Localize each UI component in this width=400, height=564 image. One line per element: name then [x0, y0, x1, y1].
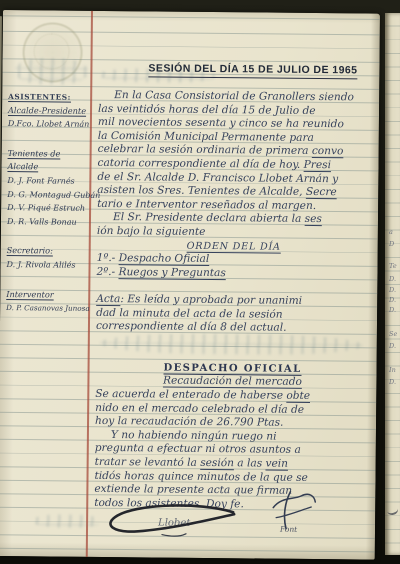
line-text: a las — [234, 457, 266, 469]
margin-entry: D. J. Rivola Alilés — [6, 258, 88, 272]
line-text: : Es leída y aprobada por unanimi — [120, 293, 302, 307]
signature-stroke — [273, 494, 315, 508]
next-page-margin-mark: D. — [389, 343, 396, 350]
ink-bleedthrough — [32, 514, 102, 528]
line-text-underlined: ORDEN DEL DÍA — [187, 240, 281, 252]
line-text-underlined: convo — [312, 145, 344, 157]
session-title: SESIÓN DEL DÍA 15 DE JULIO DE 1965 — [148, 62, 357, 79]
line-text: tratar se levantó la — [95, 456, 201, 469]
margin-entry: Alcalde-Presidente — [8, 104, 90, 118]
line-text-underlined: sesión — [200, 457, 234, 469]
minutes-body-text: En la Casa Consistorial de Granollers si… — [94, 89, 372, 513]
margin-entry: D. J. Font Farnés — [7, 174, 89, 188]
signature-font: Font — [256, 486, 329, 541]
margin-entry: D. G. Montagud Gubán — [7, 188, 89, 202]
signature-stroke — [276, 507, 311, 518]
line-text: pregunta a efectuar ni otros asuntos a — [95, 442, 301, 456]
line-text-underlined: DESPACHO OFICIAL — [164, 362, 302, 374]
margin-entry: Interventor — [6, 288, 88, 302]
line-text-underlined: Acta — [96, 293, 120, 305]
signature-stroke — [284, 492, 290, 529]
next-page-margin-mark: D. — [389, 297, 396, 304]
margin-entry: D. P. Casanovas Junosa — [6, 301, 88, 315]
line-text: la Comisión Municipal Permanente para — [98, 130, 314, 144]
next-page-margin-mark: In — [389, 367, 396, 374]
next-page-margin-mark: Se — [389, 331, 397, 338]
line-text: Y no habiendo ningún ruego ni — [111, 429, 277, 443]
line-text-underlined: Despacho Oficial — [119, 252, 210, 265]
line-text: las veintidós horas del día 15 de Julio … — [98, 103, 316, 117]
line-text: hoy la recaudación de 26.790 Ptas. — [95, 415, 283, 429]
line-text: ión bajo la siguiente — [97, 225, 206, 238]
margin-entry: Secretario: — [7, 244, 89, 258]
scanned-minutes-photo: SESIÓN DEL DÍA 15 DE JULIO DE 1965 ASIST… — [0, 0, 400, 564]
next-page-signature-mark — [386, 504, 399, 516]
line-text: tidós horas quince minutos de la que se — [94, 470, 307, 484]
signature-llobet: Llobet — [102, 498, 242, 547]
next-page-margin-mark: D. — [389, 287, 396, 294]
signature-font-name: Font — [279, 525, 298, 534]
ink-bleedthrough — [14, 58, 88, 85]
line-text: asisten los Sres. Tenientes de Alcalde, — [97, 184, 306, 198]
notebook-page: SESIÓN DEL DÍA 15 DE JULIO DE 1965 ASIST… — [0, 10, 380, 560]
signature-underline — [162, 534, 186, 537]
line-text-underlined: obte — [286, 390, 310, 402]
line-text-underlined: ses — [305, 213, 322, 225]
line-text: tario e Interventor reseñados al margen. — [97, 198, 316, 212]
line-text-underlined: vein — [265, 458, 288, 470]
margin-entry: D.Fco. Llobet Arnán — [8, 117, 90, 131]
line-text-underlined: Ruegos y Preguntas — [118, 266, 225, 279]
attendees-margin-column: ASISTENTES: Alcalde-Presidente D.Fco. Ll… — [6, 90, 90, 315]
line-text: En la Casa Consistorial de Granollers si… — [114, 89, 354, 103]
handwritten-line: ión bajo la siguiente — [97, 225, 371, 241]
next-page-edge: a D Te D. D. D. D. Se D. In D. — [385, 13, 400, 555]
margin-entry: Tenientes de Alcalde — [7, 147, 89, 175]
handwritten-line: correspondiente al día 8 del actual. — [96, 320, 370, 336]
line-text: nido en el mercado celebrado el día de — [95, 402, 304, 416]
margin-entry: D. V. Piqué Estruch — [7, 201, 89, 215]
line-text: 2º.- — [96, 266, 118, 278]
next-page-margin-mark: D. — [389, 276, 396, 283]
next-page-margin-mark: D. — [389, 379, 396, 386]
line-text-underlined: Presi — [304, 159, 331, 171]
line-text: dad la minuta del acta de la sesión — [96, 306, 283, 320]
margin-entry: D. R. Valls Bonau — [7, 215, 89, 229]
line-text: de el Sr. Alcalde D. Francisco Llobet Ar… — [97, 170, 338, 184]
line-text: 1º.- — [97, 252, 119, 264]
line-text: Se acuerda el enterado de haberse — [95, 388, 286, 402]
line-text: El Sr. Presidente declara abierta la — [113, 211, 305, 225]
next-page-margin-mark: a — [389, 229, 393, 236]
next-page-margin-mark: D. — [389, 307, 396, 314]
line-text-underlined: Secre — [306, 186, 337, 198]
line-text: mil novecientos sesenta y cinco se ha re… — [98, 116, 344, 130]
line-text-underlined: Recaudación del mercado — [163, 375, 302, 388]
line-text: catoria correspondiente al día de hoy. — [97, 157, 303, 171]
next-page-margin-mark: Te — [389, 263, 397, 270]
line-text: celebrar la sesión ordinaria de primera — [98, 143, 312, 157]
line-text: correspondiente al día 8 del actual. — [96, 320, 287, 334]
margin-entry: ASISTENTES: — [8, 90, 90, 104]
next-page-margin-mark: D — [389, 241, 394, 248]
